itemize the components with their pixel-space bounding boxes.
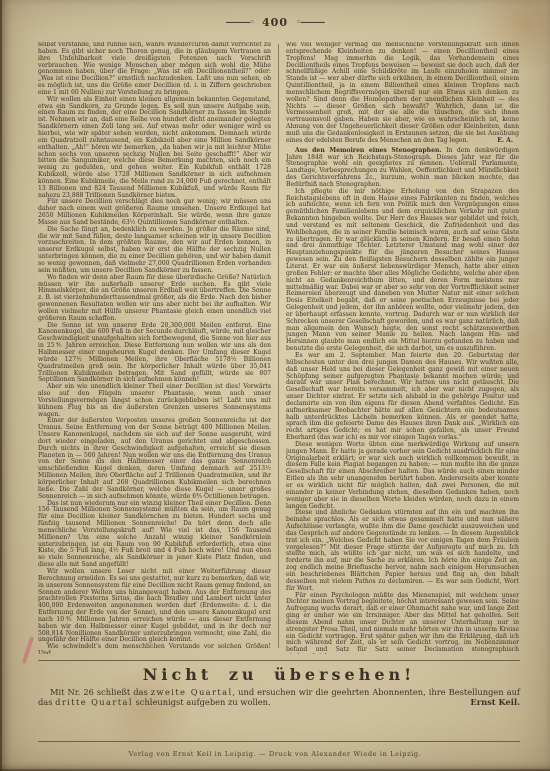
text-columns: selbst verstände, und rühme sich, wahre … (38, 42, 520, 654)
paragraph: Die Sonne ist von unserer Erde 20,300,00… (38, 323, 271, 385)
newspaper-page: ———◦ 400 ◦——— selbst verstände, und rühm… (0, 0, 550, 771)
notice-body-emphasis: zweite Quartal (151, 687, 233, 697)
header-ornament-right: ◦——— (296, 18, 324, 28)
notice-body-text: schleunigst aufgeben zu wollen. (133, 697, 271, 707)
paragraph: Für unsere Decillion verschlägt dies noc… (38, 199, 271, 226)
paragraph: wie viel weniger vermag die menschliche … (286, 42, 519, 145)
article-lead-title: Aus den Memoiren eines Stenographen. (295, 147, 446, 154)
page-header: ———◦ 400 ◦——— (0, 16, 550, 29)
pink-margin-mark (22, 636, 34, 664)
paragraph: Wir wollen unsere Leser nicht mit einer … (38, 569, 271, 644)
page-number: 400 (262, 16, 288, 29)
paragraph: Das ist nun wiederum nur ein winzig klei… (38, 501, 271, 569)
section-divider-top (38, 660, 520, 661)
notice-title: Nicht zu übersehen! (38, 666, 520, 684)
notice-body-text: Mit Nr. 26 schließt das (50, 687, 151, 697)
paragraph: Wo finden wir denn aber Raum für diese ü… (38, 275, 271, 323)
paragraph: Die Sache fängt an, bedenklich zu werden… (38, 227, 271, 275)
notice-section: Nicht zu übersehen! Mit Nr. 26 schließt … (38, 666, 520, 707)
paragraph: Diese wenigen Worte übten eine merkwürdi… (286, 442, 519, 510)
paragraph: Es war am 2. September. Man feierte den … (286, 353, 519, 442)
scan-edge-left (0, 0, 2, 771)
section-divider-bottom (38, 741, 520, 742)
paragraph: Diese und ähnliche Gedanken stürmten auf… (286, 510, 519, 592)
paragraph: Wie schwindelt's dem menschlichen Versta… (38, 644, 271, 654)
paragraph: Ich pflegte die mir nöthige Erholung von… (286, 189, 519, 353)
notice-body-emphasis: dritte Quartal (55, 697, 133, 707)
article-column-left: selbst verstände, und rühme sich, wahre … (38, 42, 271, 654)
paragraph: Wir wollen als Einheit einen kleinen all… (38, 97, 271, 200)
column-divider (278, 44, 279, 648)
header-ornament-left: ———◦ (226, 18, 254, 28)
paragraph: Aus den Memoiren eines Stenographen. In … (286, 148, 519, 189)
paragraph: selbst verstände, und rühme sich, wahre … (38, 42, 271, 97)
article-column-right: wie viel weniger vermag die menschliche … (286, 42, 519, 654)
paragraph: Einer der äußersten Vorposten unseres gr… (38, 418, 271, 500)
imprint-line: Verlag von Ernst Keil in Leipzig. — Druc… (0, 750, 550, 758)
paragraph: Für einen Psychologen müßte das Mienensp… (286, 593, 519, 655)
paragraph: Aber ein wie unendlich kleiner Theil ein… (38, 384, 271, 418)
